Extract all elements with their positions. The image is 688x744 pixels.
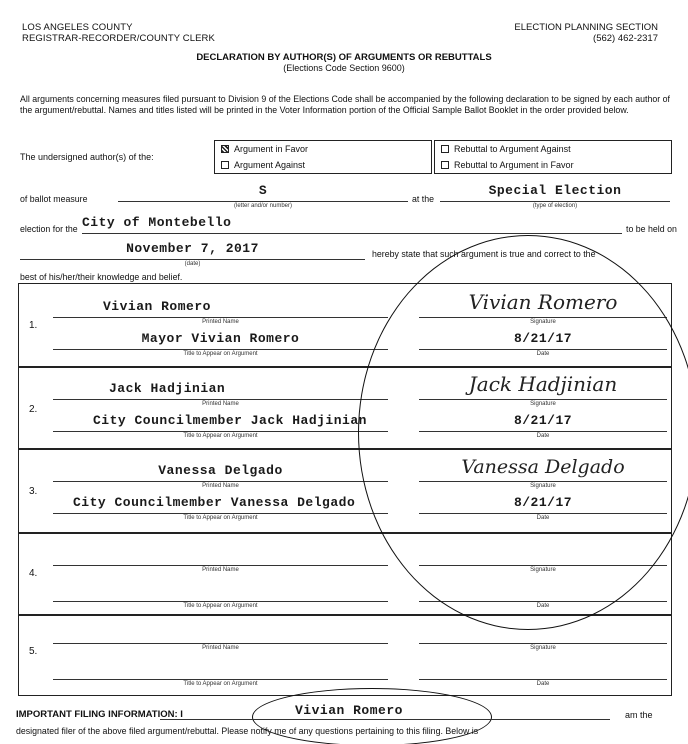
election-type-value: Special Election [440,183,670,198]
option-rebuttal-in-favor[interactable]: Rebuttal to Argument in Favor [435,157,671,173]
row-number: 1. [29,320,37,331]
checkbox-icon[interactable] [441,145,449,153]
printed-name-field[interactable]: Vanessa Delgado Printed Name [53,460,388,482]
row-number: 2. [29,404,37,415]
checkbox-icon[interactable] [221,161,229,169]
title-value: Mayor Vivian Romero [53,331,388,346]
measure-label: of ballot measure [20,194,87,204]
annotation-circle-signatures [358,235,688,630]
title-caption: Title to Appear on Argument [53,351,388,357]
checkbox-checked-icon[interactable] [221,145,229,153]
section-phone: (562) 462-2317 [514,33,658,44]
printed-name-field[interactable]: Vivian Romero Printed Name [53,298,388,318]
title-field[interactable]: Title to Appear on Argument [53,580,388,602]
printed-name-field[interactable]: Printed Name [53,622,388,644]
jurisdiction-value: City of Montebello [82,215,622,230]
election-date-field[interactable]: November 7, 2017 (date) [20,238,365,260]
printed-name-field[interactable]: Jack Hadjinian Printed Name [53,380,388,400]
date-field[interactable]: Date [419,658,667,680]
at-the-label: at the [412,194,434,204]
title-field[interactable]: Mayor Vivian Romero Title to Appear on A… [53,328,388,350]
option-label: Argument Against [234,160,305,170]
title-caption: Title to Appear on Argument [53,681,388,687]
election-date-caption: (date) [20,261,365,267]
filing-info-label: IMPORTANT FILING INFORMATION: I [16,709,183,720]
document-subtitle: (Elections Code Section 9600) [0,63,688,73]
printed-name-value: Jack Hadjinian [53,381,388,396]
county-name: LOS ANGELES COUNTY [22,22,215,33]
row-number: 5. [29,646,37,657]
argument-options-left: Argument in Favor Argument Against [214,140,432,174]
signature-caption: Signature [419,645,667,651]
filer-name-field[interactable] [160,719,610,720]
printed-name-caption: Printed Name [53,483,388,489]
title-field[interactable]: City Councilmember Vanessa Delgado Title… [53,492,388,514]
option-rebuttal-against[interactable]: Rebuttal to Argument Against [435,141,671,157]
title-caption: Title to Appear on Argument [53,603,388,609]
document-title: DECLARATION BY AUTHOR(S) OF ARGUMENTS OR… [0,52,688,63]
option-argument-against[interactable]: Argument Against [215,157,431,173]
option-argument-in-favor[interactable]: Argument in Favor [215,141,431,157]
election-for-label: election for the [20,224,78,234]
printed-name-caption: Printed Name [53,567,388,573]
printed-name-caption: Printed Name [53,645,388,651]
printed-name-caption: Printed Name [53,319,388,325]
section-header: ELECTION PLANNING SECTION (562) 462-2317 [514,22,658,44]
am-the-label: am the [625,710,653,720]
printed-name-value: Vanessa Delgado [53,463,388,478]
title-value: City Councilmember Vanessa Delgado [53,495,388,510]
filer-name-value: Vivian Romero [295,703,403,718]
registrar-name: REGISTRAR-RECORDER/COUNTY CLERK [22,33,215,44]
undersigned-label: The undersigned author(s) of the: [20,152,154,162]
date-caption: Date [419,681,667,687]
printed-name-field[interactable]: Printed Name [53,544,388,566]
row-number: 3. [29,486,37,497]
held-on-label: to be held on [626,224,677,234]
argument-options-right: Rebuttal to Argument Against Rebuttal to… [434,140,672,174]
section-name: ELECTION PLANNING SECTION [514,22,658,33]
option-label: Argument in Favor [234,144,308,154]
agency-header: LOS ANGELES COUNTY REGISTRAR-RECORDER/CO… [22,22,215,44]
measure-caption: (letter and/or number) [118,203,408,209]
title-field[interactable]: Title to Appear on Argument [53,658,388,680]
measure-value: S [118,183,408,198]
row-number: 4. [29,568,37,579]
printed-name-value: Vivian Romero [53,299,388,314]
option-label: Rebuttal to Argument Against [454,144,571,154]
knowledge-text: best of his/her/their knowledge and beli… [20,272,182,282]
option-label: Rebuttal to Argument in Favor [454,160,574,170]
title-field[interactable]: City Councilmember Jack Hadjinian Title … [53,410,388,432]
intro-paragraph: All arguments concerning measures filed … [20,94,670,116]
filing-info-text: designated filer of the above filed argu… [16,726,676,736]
checkbox-icon[interactable] [441,161,449,169]
jurisdiction-field[interactable]: City of Montebello [82,212,622,234]
election-type-caption: (type of election) [440,203,670,209]
title-caption: Title to Appear on Argument [53,433,388,439]
election-date-value: November 7, 2017 [20,241,365,256]
measure-field[interactable]: S (letter and/or number) [118,180,408,202]
election-type-field[interactable]: Special Election (type of election) [440,180,670,202]
title-value: City Councilmember Jack Hadjinian [53,413,388,428]
printed-name-caption: Printed Name [53,401,388,407]
title-caption: Title to Appear on Argument [53,515,388,521]
